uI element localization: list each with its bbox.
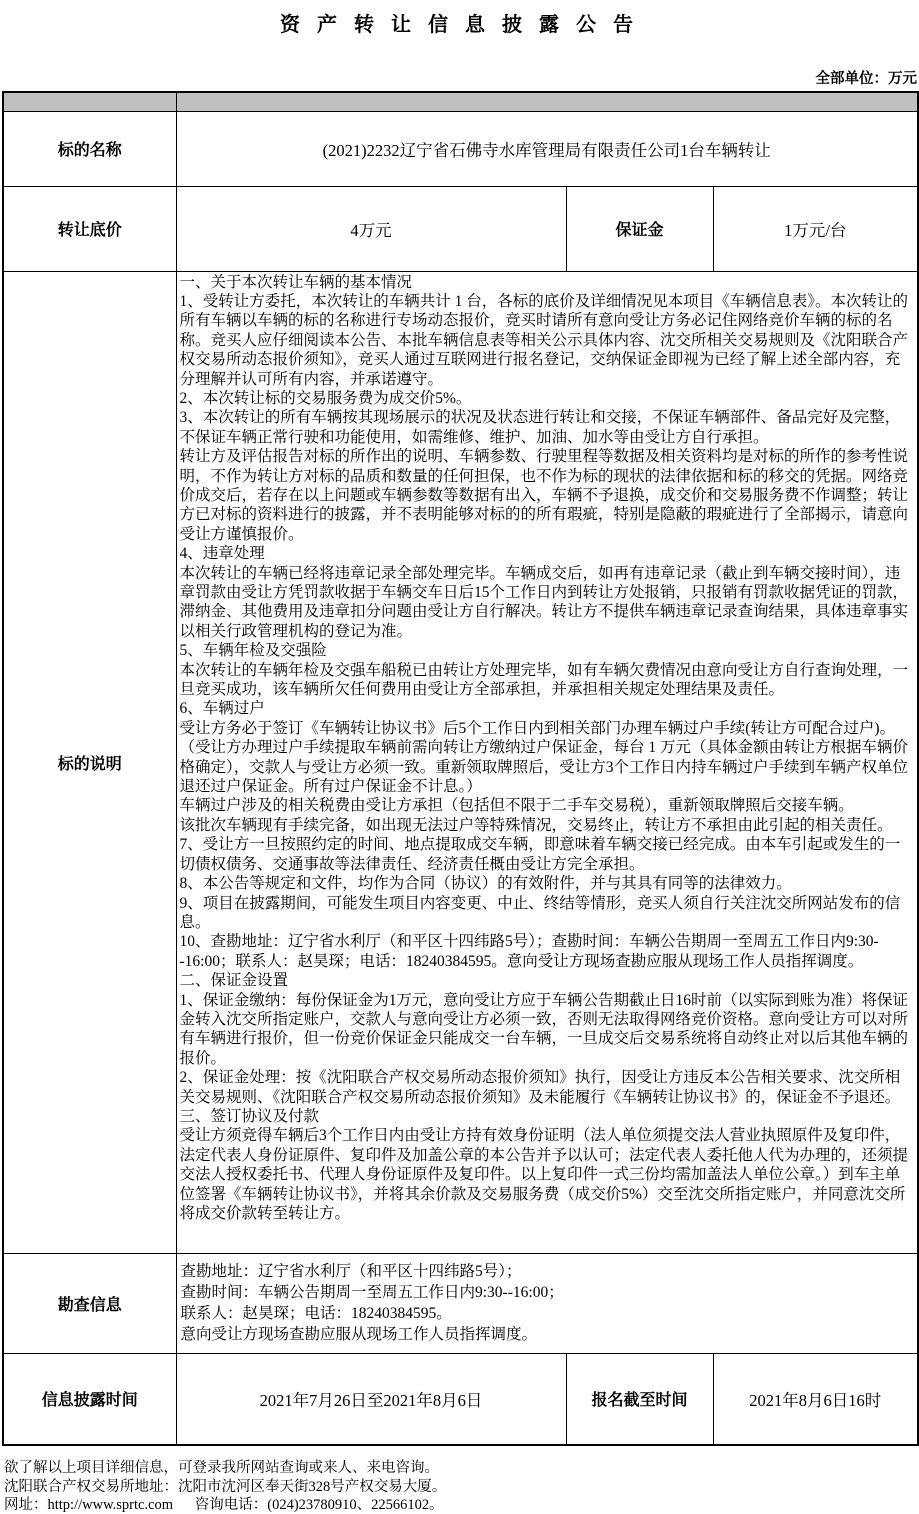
announcement-table: 标的名称 (2021)2232辽宁省石佛寺水库管理局有限责任公司1台车辆转让 转… bbox=[2, 91, 919, 1446]
text-line: 车辆过户涉及的相关税费由受让方承担（包括但不限于二手车交易税），重新领取牌照后交… bbox=[180, 796, 915, 815]
subject-name-row: 标的名称 (2021)2232辽宁省石佛寺水库管理局有限责任公司1台车辆转让 bbox=[3, 111, 918, 186]
text-line: 一、关于本次转让车辆的基本情况 bbox=[180, 273, 915, 292]
text-line: 9、项目在披露期间，可能发生项目内容变更、中止、终结等情形，竞买人须自行关注沈交… bbox=[180, 894, 915, 933]
text-line: 4、违章处理 bbox=[180, 544, 915, 563]
registration-deadline-label: 报名截至时间 bbox=[566, 1353, 713, 1445]
text-line: 受让方须竞得车辆后3个工作日内由受让方持有效身份证明（法人单位须提交法人营业执照… bbox=[180, 1126, 915, 1223]
text-line: 联系人：赵昊琛；电话：18240384595。 bbox=[181, 1303, 914, 1324]
text-line: 三、签订协议及付款 bbox=[180, 1107, 915, 1126]
text-line: 1、受转让方委托，本次转让的车辆共计 1 台，各标的底价及详细情况见本项目《车辆… bbox=[180, 292, 915, 389]
text-line: 查勘时间：车辆公告期周一至周五工作日内9:30--16:00； bbox=[181, 1282, 914, 1303]
text-line: 受让方务必于签订《车辆转让协议书》后5个工作日内到相关部门办理车辆过户手续(转让… bbox=[180, 719, 915, 797]
text-line: 本次转让的车辆年检及交强车船税已由转让方处理完毕，如有车辆欠费情况由意向受让方自… bbox=[180, 661, 915, 700]
text-line: 8、本公告等规定和文件，均作为合同（协议）的有效附件，并与其具有同等的法律效力。 bbox=[180, 874, 915, 893]
subject-description-label: 标的说明 bbox=[3, 271, 176, 1253]
subject-name-value: (2021)2232辽宁省石佛寺水库管理局有限责任公司1台车辆转让 bbox=[176, 111, 918, 186]
registration-deadline-value: 2021年8月6日16时 bbox=[713, 1353, 918, 1445]
text-line: 5、车辆年检及交强险 bbox=[180, 641, 915, 660]
text-line: 转让方及评估报告对标的所作出的说明、车辆参数、行驶里程等数据及相关资料均是对标的… bbox=[180, 447, 915, 544]
text-line: 欲了解以上项目详细信息，可登录我所网站查询或来人、来电咨询。 bbox=[4, 1459, 919, 1478]
survey-info-label: 勘查信息 bbox=[3, 1253, 176, 1353]
table-header-row bbox=[3, 92, 918, 111]
deposit-value: 1万元/台 bbox=[713, 186, 918, 271]
price-row: 转让底价 4万元 保证金 1万元/台 bbox=[3, 186, 918, 271]
header-cell-left bbox=[3, 92, 176, 111]
survey-row: 勘查信息 查勘地址：辽宁省水利厅（和平区十四纬路5号）；查勘时间：车辆公告期周一… bbox=[3, 1253, 918, 1353]
description-row: 标的说明 一、关于本次转让车辆的基本情况1、受转让方委托，本次转让的车辆共计 1… bbox=[3, 271, 918, 1253]
text-line: 6、车辆过户 bbox=[180, 699, 915, 718]
text-line: 查勘地址：辽宁省水利厅（和平区十四纬路5号）； bbox=[181, 1261, 914, 1282]
disclosure-period-value: 2021年7月26日至2021年8月6日 bbox=[176, 1353, 566, 1445]
page-title: 资 产 转 让 信 息 披 露 公 告 bbox=[0, 8, 919, 37]
text-line: 意向受让方现场查勘应服从现场工作人员指挥调度。 bbox=[181, 1324, 914, 1345]
disclosure-period-label: 信息披露时间 bbox=[3, 1353, 176, 1445]
text-line: 3、本次转让的所有车辆按其现场展示的状况及状态进行转让和交接，不保证车辆部件、备… bbox=[180, 408, 915, 447]
survey-info-text: 查勘地址：辽宁省水利厅（和平区十四纬路5号）；查勘时间：车辆公告期周一至周五工作… bbox=[176, 1253, 918, 1353]
disclosure-row: 信息披露时间 2021年7月26日至2021年8月6日 报名截至时间 2021年… bbox=[3, 1353, 918, 1445]
floor-price-label: 转让底价 bbox=[3, 186, 176, 271]
unit-note: 全部单位：万元 bbox=[0, 67, 917, 88]
text-line: 该批次车辆现有手续完备，如出现无法过户等特殊情况，交易终止，转让方不承担由此引起… bbox=[180, 816, 915, 835]
text-line: 2、保证金处理：按《沈阳联合产权交易所动态报价须知》执行，因受让方违反本公告相关… bbox=[180, 1068, 915, 1107]
text-line: 1、保证金缴纳：每份保证金为1万元，意向受让方应于车辆公告期截止日16时前（以实… bbox=[180, 991, 915, 1069]
text-line: 网址：http://www.sprtc.com 咨询电话：(024)237809… bbox=[4, 1496, 919, 1514]
announcement-page: 资 产 转 让 信 息 披 露 公 告 全部单位：万元 标的名称 (2021)2… bbox=[0, 0, 919, 1514]
text-line: 2、本次转让标的交易服务费为成交价5%。 bbox=[180, 389, 915, 408]
text-line: 二、保证金设置 bbox=[180, 971, 915, 990]
text-line: 本次转让的车辆已经将违章记录全部处理完毕。车辆成交后，如再有违章记录（截止到车辆… bbox=[180, 564, 915, 642]
text-line: 沈阳联合产权交易所地址：沈阳市沈河区奉天街328号产权交易大厦。 bbox=[4, 1478, 919, 1497]
text-line: 10、查勘地址：辽宁省水利厅（和平区十四纬路5号）；查勘时间：车辆公告期周一至周… bbox=[180, 932, 915, 971]
deposit-label: 保证金 bbox=[566, 186, 713, 271]
footer: 欲了解以上项目详细信息，可登录我所网站查询或来人、来电咨询。沈阳联合产权交易所地… bbox=[4, 1459, 919, 1514]
floor-price-value: 4万元 bbox=[176, 186, 566, 271]
subject-name-label: 标的名称 bbox=[3, 111, 176, 186]
header-cell-right bbox=[176, 92, 918, 111]
subject-description-text: 一、关于本次转让车辆的基本情况1、受转让方委托，本次转让的车辆共计 1 台，各标… bbox=[176, 271, 918, 1253]
text-line: 7、受让方一旦按照约定的时间、地点提取成交车辆，即意味着车辆交接已经完成。由本车… bbox=[180, 835, 915, 874]
